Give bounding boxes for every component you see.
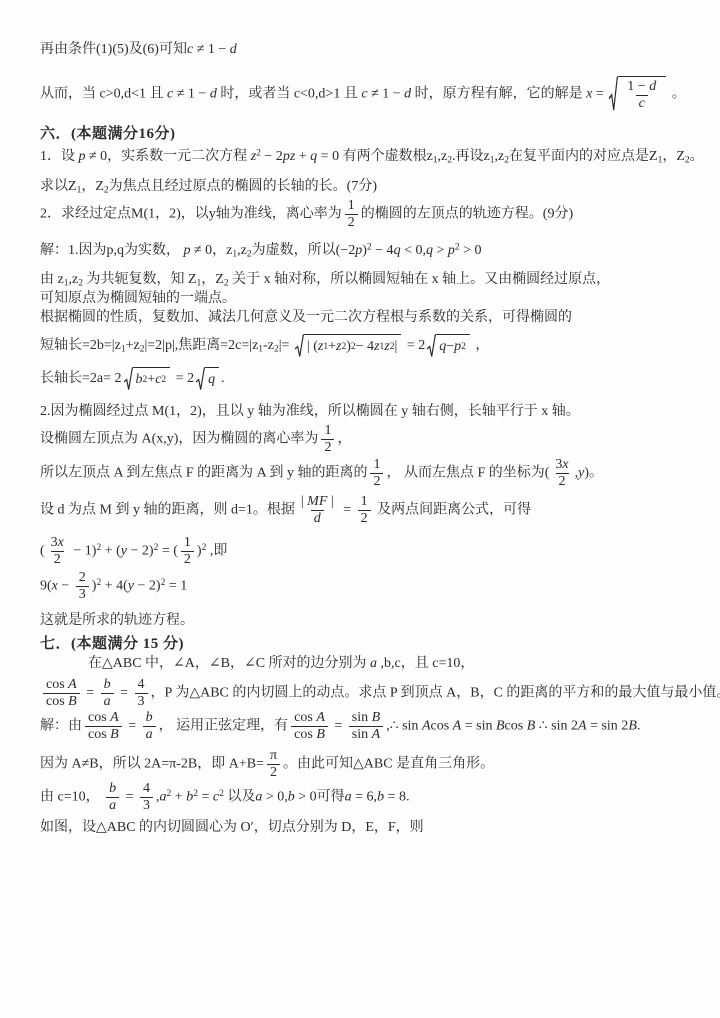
text-run: 以及 xyxy=(224,789,256,804)
text-run: 短轴长=2b=|z xyxy=(40,338,121,353)
text-run: +z xyxy=(126,338,140,353)
text-run: . xyxy=(221,371,225,386)
math-variable: B xyxy=(628,718,637,733)
text-run: 1 xyxy=(373,457,380,472)
text-run: = xyxy=(340,502,355,517)
text-run: = xyxy=(122,789,137,804)
math-variable: q xyxy=(394,243,401,258)
text-run: + ( xyxy=(101,543,121,558)
text-run: 由 z xyxy=(40,272,64,287)
text-run: 长轴长=2a= 2 xyxy=(40,371,122,386)
fraction: ba xyxy=(101,677,114,709)
text-run: cos xyxy=(294,727,316,742)
text-run: | ( xyxy=(307,337,318,357)
text-run: < 0, xyxy=(401,243,426,258)
text-run: + xyxy=(328,337,336,357)
text-run: 1 xyxy=(361,494,368,509)
math-variable: a xyxy=(146,727,153,742)
math-variable: a xyxy=(160,789,167,804)
text-run: 如图，设△ABC 的内切圆圆心为 O′，切点分别为 D，E，F，则 xyxy=(40,820,424,835)
text-run: 2 xyxy=(270,765,277,780)
text-run: -z xyxy=(263,338,274,353)
text-run: − 4 xyxy=(372,243,394,258)
text-run: 2 xyxy=(54,552,61,567)
radical: b2 + c2 xyxy=(124,367,171,391)
math-variable: z xyxy=(384,337,389,357)
math-variable: B xyxy=(527,718,536,733)
text-run: 解：1.因为p,q为实数， xyxy=(40,243,184,258)
text-run: − 2) xyxy=(134,578,161,593)
text-run: 1．设 xyxy=(40,149,79,164)
text-line-5: 求以Z1，Z2为焦点且经过原点的椭圆的长轴的长。(7分) xyxy=(40,177,377,197)
text-run: ,∴ sin xyxy=(386,718,422,733)
text-run: = 2 xyxy=(172,371,194,386)
text-run: = xyxy=(125,718,140,733)
text-line-8: 由 z1,z2 为共轭复数，知 Z1，Z2 关于 x 轴对称，所以椭圆短轴在 x… xyxy=(40,270,610,290)
text-run: cos xyxy=(88,710,110,725)
text-run: 关于 x 轴对称，所以椭圆短轴在 x 轴上。又由椭圆经过原点， xyxy=(229,272,611,287)
text-run: ，Z xyxy=(81,179,104,194)
math-variable: B xyxy=(496,718,505,733)
text-run: ，P 为△ABC 的内切圆上的动点。求点 P 到顶点 A，B，C 的距离的平方和… xyxy=(151,685,720,700)
fraction: 3x2 xyxy=(552,457,571,489)
math-variable: MF xyxy=(307,494,327,509)
text-run: cos xyxy=(46,677,68,692)
text-line-22: cos Acos B = ba = 43，P 为△ABC 的内切圆上的动点。求点… xyxy=(40,677,720,709)
math-variable: x xyxy=(562,457,568,472)
text-run: 1 xyxy=(324,423,331,438)
math-variable: A xyxy=(316,710,325,725)
fraction: 3x2 xyxy=(48,535,67,567)
fraction: cos Acos B xyxy=(43,677,80,709)
text-run: + 4( xyxy=(101,578,128,593)
text-run: ,z xyxy=(438,149,448,164)
text-run: > xyxy=(433,243,448,258)
text-line-14: 设椭圆左顶点为 A(x,y)，因为椭圆的离心率为12， xyxy=(40,423,351,455)
text-run: + xyxy=(171,789,186,804)
text-run: . xyxy=(637,718,641,733)
radical-sign-icon xyxy=(196,367,205,391)
math-variable: A xyxy=(422,718,431,733)
math-variable: p xyxy=(448,243,455,258)
fraction: cos Acos B xyxy=(291,710,328,742)
text-run: 2 xyxy=(184,552,191,567)
radical: q xyxy=(196,367,219,391)
math-variable: B xyxy=(316,727,325,742)
text-run: 1 xyxy=(348,198,355,213)
text-run: 这就是所求的轨迹方程。 xyxy=(40,613,194,628)
math-variable: B xyxy=(372,710,381,725)
text-line-13: 2.因为椭圆经过点 M(1，2)，且以 y 轴为准线，所以椭圆在 y 轴右侧，长… xyxy=(40,402,580,422)
text-run: = 2 xyxy=(403,338,425,353)
text-run: 2．求经过定点M(1，2)，以y轴为准线，离心率为 xyxy=(40,206,342,221)
text-run: )。 xyxy=(584,465,603,480)
text-run: 2 xyxy=(348,215,355,230)
text-run: | xyxy=(395,337,398,357)
text-line-26: 如图，设△ABC 的内切圆圆心为 O′，切点分别为 D，E，F，则 xyxy=(40,818,424,838)
text-run: 。 xyxy=(690,149,704,164)
text-line-2: 从而，当 c>0,d<1 且 c ≠ 1 − d 时，或者当 c<0,d>1 且… xyxy=(40,76,686,112)
math-variable: a xyxy=(104,694,111,709)
text-run: ≠ 0，实系数一元二次方程 xyxy=(86,149,251,164)
math-variable: q xyxy=(426,243,433,258)
text-run: cos xyxy=(505,718,527,733)
text-line-24: 因为 A≠B，所以 2A=π-2B，即 A+B=π2。由此可知△ABC 是直角三… xyxy=(40,748,494,780)
text-line-12: 长轴长=2a= 2b2 + c2 = 2q. xyxy=(40,367,225,391)
text-run: = 1 xyxy=(165,578,187,593)
math-variable: pz xyxy=(283,149,295,164)
fraction: 12 xyxy=(358,494,371,526)
text-line-18: 9(x − 23)2 + 4(y − 2)2 = 1 xyxy=(40,570,187,602)
fraction: π2 xyxy=(267,748,280,780)
math-variable: a xyxy=(345,789,352,804)
math-variable: q xyxy=(439,337,446,357)
text-run: 为焦点且经过原点的椭圆的长轴的长。(7分) xyxy=(109,179,377,194)
text-run: ∴ sin 2 xyxy=(535,718,578,733)
text-run: ，Z xyxy=(662,149,685,164)
text-line-10: 根据椭圆的性质，复数加、减法几何意义及一元二次方程根与系数的关系，可得椭圆的 xyxy=(40,308,572,328)
text-run: sin xyxy=(352,710,372,725)
text-run: − xyxy=(58,578,73,593)
text-run: + xyxy=(147,370,155,390)
radical: q − p2 xyxy=(427,334,470,358)
text-line-20: 七．(本题满分 15 分) xyxy=(40,634,184,654)
text-run: − 2 xyxy=(261,149,283,164)
text-line-16: 设 d 为点 M 到 y 轴的距离，则 d=1。根据| MF |d = 12 及… xyxy=(40,494,531,526)
radical-sign-icon xyxy=(124,367,133,391)
text-run: 3 xyxy=(143,798,150,813)
text-line-6: 2．求经过定点M(1，2)，以y轴为准线，离心率为12的椭圆的左顶点的轨迹方程。… xyxy=(40,198,573,230)
math-variable: p xyxy=(79,149,86,164)
math-variable: A xyxy=(578,718,587,733)
text-run: 设椭圆左顶点为 A(x,y)，因为椭圆的离心率为 xyxy=(40,431,318,446)
text-run: 2.因为椭圆经过点 M(1，2)，且以 y 轴为准线，所以椭圆在 y 轴右侧，长… xyxy=(40,404,580,419)
text-run: ≠ 1 − xyxy=(193,42,230,57)
text-run: π xyxy=(270,748,277,763)
math-variable: B xyxy=(68,694,77,709)
text-run: = 0 有两个虚数根z xyxy=(317,149,433,164)
fraction: ba xyxy=(106,781,119,813)
text-line-3: 六．(本题满分16分) xyxy=(40,124,176,144)
text-run: ≠ 1 − xyxy=(368,86,405,101)
text-run: |=2|p|,焦距离=2c=|z xyxy=(144,338,258,353)
text-run: ( xyxy=(40,543,45,558)
text-run: 2 xyxy=(361,511,368,526)
text-line-9: 可知原点为椭圆短轴的一端点。 xyxy=(40,289,236,309)
text-run: cos xyxy=(294,710,316,725)
text-run: 2 xyxy=(559,474,566,489)
text-run: ， 从而左焦点 F 的坐标为( xyxy=(386,465,549,480)
text-run: 为共轭复数，知 Z xyxy=(83,272,197,287)
radical: | (z1 + z2)2 − 4z1z2 | xyxy=(295,334,401,358)
text-run: 可知原点为椭圆短轴的一端点。 xyxy=(40,291,236,306)
text-run: .再设z xyxy=(452,149,490,164)
fraction: 43 xyxy=(135,677,148,709)
text-run: 从而，当 c>0,d<1 且 xyxy=(40,86,167,101)
fraction: 23 xyxy=(76,570,89,602)
text-run: |= xyxy=(279,338,293,353)
text-run: 1 xyxy=(184,535,191,550)
math-variable: b xyxy=(136,370,143,390)
text-run: 2 xyxy=(79,570,86,585)
text-run: cos xyxy=(46,694,68,709)
text-run: cos xyxy=(431,718,453,733)
text-run: ， 运用正弦定理，有 xyxy=(159,718,289,733)
text-run: 时，原方程有解，它的解是 xyxy=(411,86,586,101)
text-run: 所以左顶点 A 到左焦点 F 的距离为 A 到 y 轴的距离的 xyxy=(40,465,367,480)
text-run: = 6, xyxy=(352,789,377,804)
text-run: 因为 A≠B，所以 2A=π-2B，即 A+B= xyxy=(40,756,264,771)
text-run: ,即 xyxy=(206,543,227,558)
math-variable: d xyxy=(230,42,237,57)
math-variable: p xyxy=(184,243,191,258)
math-variable: b xyxy=(288,789,295,804)
text-run: 再由条件(1)(5)及(6)可知 xyxy=(40,42,187,57)
text-run: 求以Z xyxy=(40,179,77,194)
text-run: ,z xyxy=(68,272,78,287)
text-run: + xyxy=(295,149,310,164)
text-run: = sin 2 xyxy=(587,718,629,733)
text-run: 4 xyxy=(138,677,145,692)
radical: 1 − dc xyxy=(609,76,666,112)
math-variable: x xyxy=(58,535,64,550)
text-run: ,z xyxy=(237,243,247,258)
fraction: cos Acos B xyxy=(85,710,122,742)
text-run: 设 d 为点 M 到 y 轴的距离，则 d=1。根据 xyxy=(40,502,295,517)
text-line-15: 所以左顶点 A 到左焦点 F 的距离为 A 到 y 轴的距离的12， 从而左焦点… xyxy=(40,457,603,489)
text-run: = xyxy=(198,789,213,804)
text-run: 由 c=10， xyxy=(40,789,103,804)
text-run: − 2) xyxy=(127,543,154,558)
text-run: = xyxy=(117,685,132,700)
text-run: 在△ABC 中，∠A，∠B，∠C 所对的边分别为 xyxy=(88,656,370,671)
text-run: = xyxy=(592,86,607,101)
math-variable: d xyxy=(649,79,656,94)
text-run: − 4 xyxy=(356,337,374,357)
math-variable: b xyxy=(104,677,111,692)
text-run: − 1) xyxy=(70,543,97,558)
text-line-17: (3x2 − 1)2 + (y − 2)2 = (12)2 ,即 xyxy=(40,535,227,567)
text-run: = 8. xyxy=(384,789,409,804)
text-line-4: 1．设 p ≠ 0，实系数一元二次方程 z2 − 2pz + q = 0 有两个… xyxy=(40,147,704,167)
text-run: 。 xyxy=(668,86,686,101)
text-run: 根据椭圆的性质，复数加、减法几何意义及一元二次方程根与系数的关系，可得椭圆的 xyxy=(40,310,572,325)
radical-sign-icon xyxy=(427,334,436,358)
math-variable: q xyxy=(208,370,215,390)
math-variable: d xyxy=(210,86,217,101)
text-run: = xyxy=(83,685,98,700)
fraction: sin Bsin A xyxy=(349,710,383,742)
text-run: sin xyxy=(352,727,372,742)
text-run: 的椭圆的左顶点的轨迹方程。(9分) xyxy=(361,206,573,221)
math-variable: a xyxy=(109,798,116,813)
text-line-11: 短轴长=2b=|z1+z2|=2|p|,焦距离=2c=|z1-z2|= | (z… xyxy=(40,334,489,358)
text-run: ,b,c，且 c=10， xyxy=(377,656,474,671)
text-run: 1 − xyxy=(627,79,649,94)
text-run: 3 xyxy=(51,535,58,550)
text-run: | xyxy=(327,494,333,509)
text-run: − xyxy=(446,337,454,357)
text-line-25: 由 c=10， ba = 43,a2 + b2 = c2 以及a > 0,b >… xyxy=(40,781,409,813)
document-page: 再由条件(1)(5)及(6)可知c ≠ 1 − d从而，当 c>0,d<1 且 … xyxy=(0,0,720,1018)
math-variable: b xyxy=(146,710,153,725)
text-run: ≠ 0，z xyxy=(191,243,233,258)
text-run: 六．(本题满分16分) xyxy=(40,126,176,142)
math-variable: B xyxy=(110,727,119,742)
radical-sign-icon xyxy=(609,76,618,112)
text-line-1: 再由条件(1)(5)及(6)可知c ≠ 1 − d xyxy=(40,40,237,60)
text-line-7: 解：1.因为p,q为实数， p ≠ 0，z1,z2为虚数，所以(−2p)2 − … xyxy=(40,241,482,261)
text-run: ≠ 1 − xyxy=(173,86,210,101)
text-run: 时，或者当 c<0,d>1 且 xyxy=(217,86,362,101)
text-run: 七．(本题满分 15 分) xyxy=(40,636,184,652)
text-run: > 0, xyxy=(262,789,287,804)
text-run: 2 xyxy=(373,474,380,489)
text-run: 在复平面内的对应点是Z xyxy=(509,149,658,164)
math-variable: b xyxy=(377,789,384,804)
text-run: 及两点间距离公式，可得 xyxy=(374,502,532,517)
math-variable: c xyxy=(639,96,645,111)
text-run: 9( xyxy=(40,578,52,593)
fraction: 12 xyxy=(370,457,383,489)
math-variable: A xyxy=(453,718,462,733)
text-run: 为虚数，所以(−2 xyxy=(252,243,356,258)
math-variable: a xyxy=(370,656,377,671)
text-run: > 0 xyxy=(460,243,482,258)
text-run: = ( xyxy=(158,543,178,558)
math-variable: A xyxy=(110,710,119,725)
fraction: ba xyxy=(143,710,156,742)
text-run: ， xyxy=(472,338,490,353)
text-run: 3 xyxy=(79,587,86,602)
math-variable: d xyxy=(314,511,321,526)
text-run: ， xyxy=(337,431,351,446)
text-line-23: 解：由cos Acos B = ba， 运用正弦定理，有cos Acos B =… xyxy=(40,710,640,742)
text-line-21: 在△ABC 中，∠A，∠B，∠C 所对的边分别为 a ,b,c，且 c=10， xyxy=(88,654,474,674)
text-run: > 0可得 xyxy=(295,789,345,804)
fraction: 12 xyxy=(345,198,358,230)
fraction: 12 xyxy=(181,535,194,567)
text-run: ,z xyxy=(495,149,505,164)
math-variable: z xyxy=(374,337,379,357)
text-run: 解：由 xyxy=(40,718,82,733)
text-run: cos xyxy=(88,727,110,742)
text-run: 2 xyxy=(324,440,331,455)
fraction: 12 xyxy=(321,423,334,455)
text-run: ，Z xyxy=(201,272,224,287)
math-variable: A xyxy=(372,727,381,742)
fraction: | MF |d xyxy=(298,494,337,526)
text-line-19: 这就是所求的轨迹方程。 xyxy=(40,611,194,631)
radical-sign-icon xyxy=(295,334,304,358)
math-variable: b xyxy=(109,781,116,796)
text-run: 4 xyxy=(143,781,150,796)
math-variable: p xyxy=(454,337,461,357)
text-run: = xyxy=(331,718,346,733)
fraction: 1 − dc xyxy=(624,79,659,111)
text-run: = sin xyxy=(461,718,496,733)
text-run: 。由此可知△ABC 是直角三角形。 xyxy=(283,756,494,771)
text-run: 3 xyxy=(138,694,145,709)
fraction: 43 xyxy=(140,781,153,813)
math-variable: A xyxy=(68,677,77,692)
